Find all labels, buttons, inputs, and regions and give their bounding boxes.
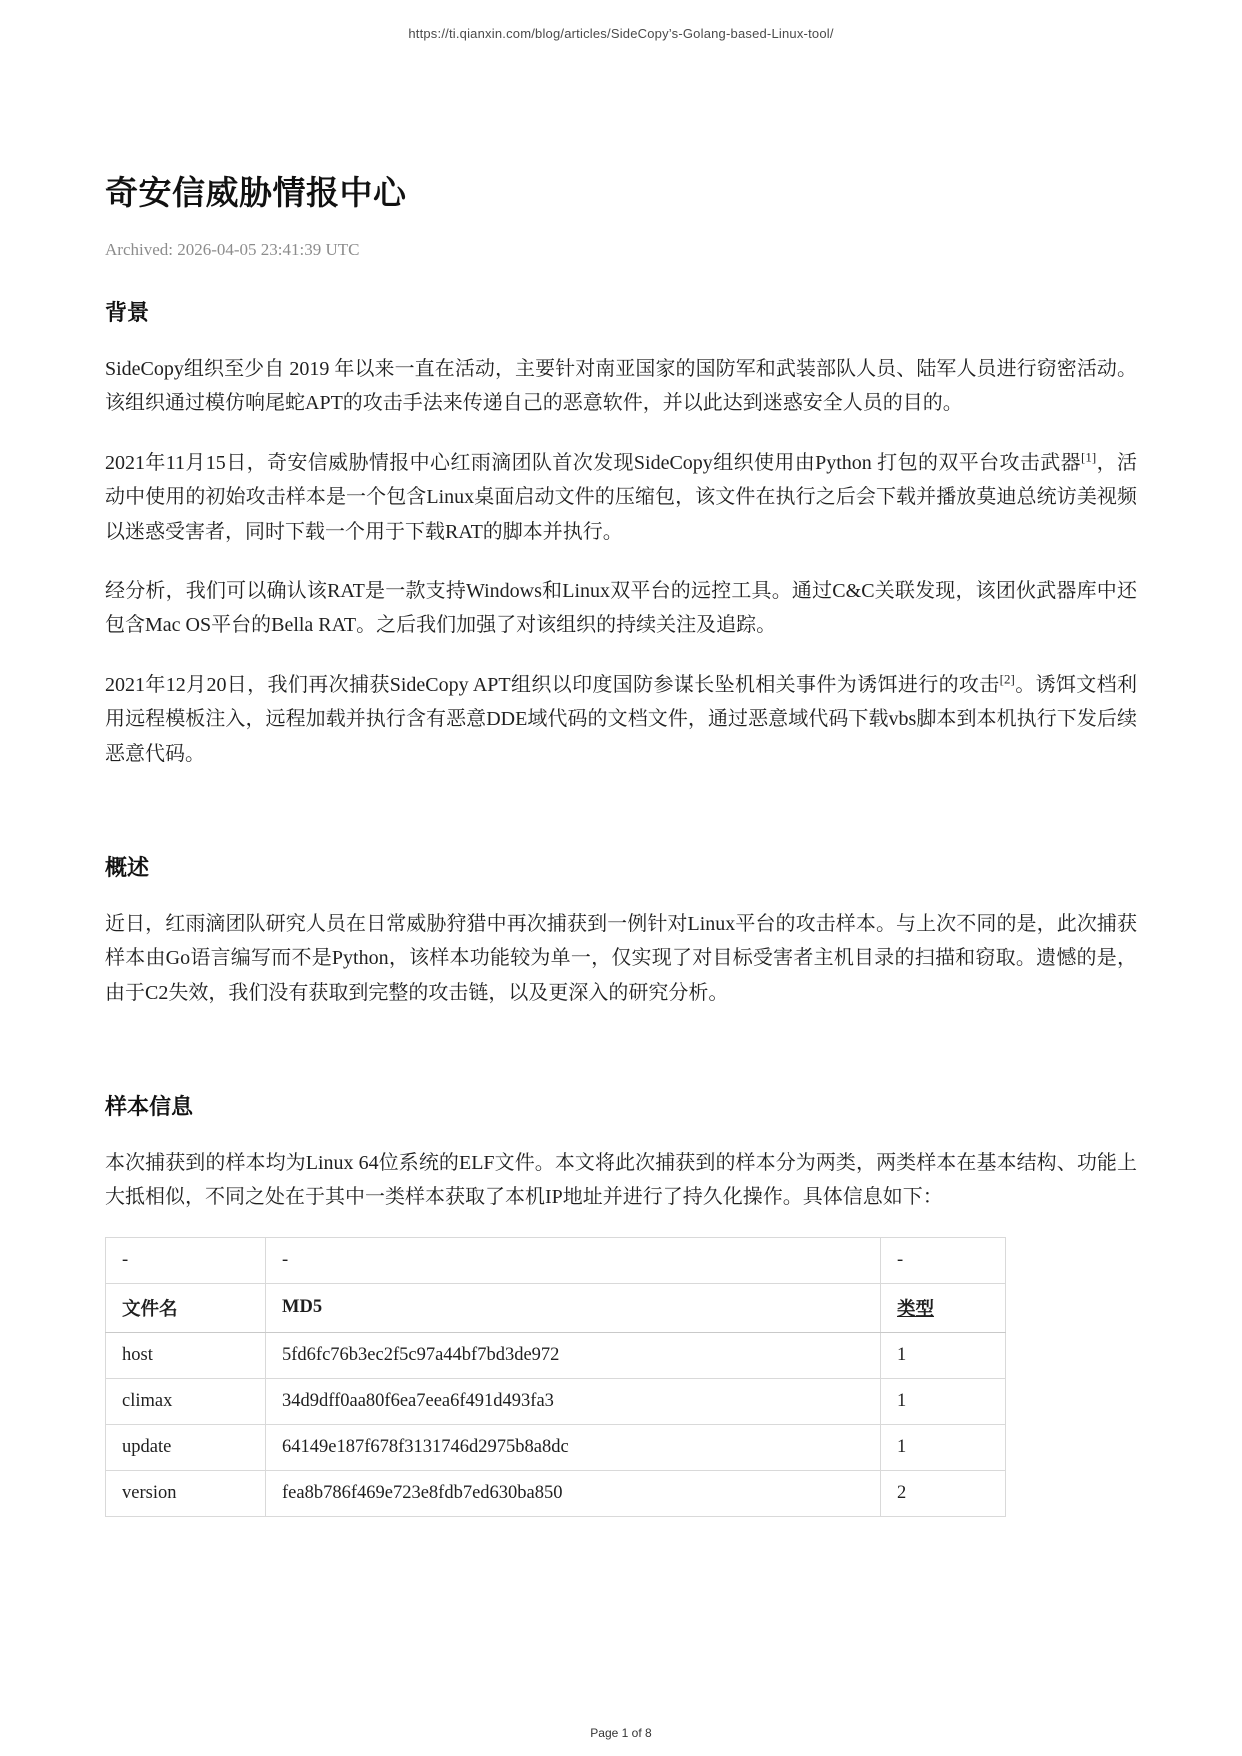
paragraph-background-1: SideCopy组织至少自 2019 年以来一直在活动，主要针对南亚国家的国防军… bbox=[105, 352, 1137, 421]
table-cell: - bbox=[881, 1237, 1006, 1283]
cell-md5: 5fd6fc76b3ec2f5c97a44bf7bd3de972 bbox=[266, 1332, 881, 1378]
paragraph-background-4: 2021年12月20日，我们再次捕获SideCopy APT组织以印度国防参谋长… bbox=[105, 668, 1137, 771]
section-heading-overview: 概述 bbox=[105, 851, 1137, 882]
cell-md5: fea8b786f469e723e8fdb7ed630ba850 bbox=[266, 1470, 881, 1516]
cell-type: 1 bbox=[881, 1424, 1006, 1470]
table-placeholder-row: - - - bbox=[106, 1237, 1006, 1283]
cell-md5: 64149e187f678f3131746d2975b8a8dc bbox=[266, 1424, 881, 1470]
cell-filename: climax bbox=[106, 1378, 266, 1424]
samples-table: - - - 文件名 MD5 类型 host 5fd6fc76b3ec2f5c97… bbox=[105, 1237, 1006, 1517]
cell-type: 1 bbox=[881, 1332, 1006, 1378]
table-header-type: 类型 bbox=[881, 1283, 1006, 1332]
table-row: host 5fd6fc76b3ec2f5c97a44bf7bd3de972 1 bbox=[106, 1332, 1006, 1378]
article-content: 奇安信威胁情报中心 Archived: 2026-04-05 23:41:39 … bbox=[0, 167, 1242, 1517]
page-title: 奇安信威胁情报中心 bbox=[105, 167, 1137, 214]
paragraph-text: 2021年11月15日，奇安信威胁情报中心红雨滴团队首次发现SideCopy组织… bbox=[105, 452, 1081, 474]
paragraph-overview-1: 近日，红雨滴团队研究人员在日常威胁狩猎中再次捕获到一例针对Linux平台的攻击样… bbox=[105, 907, 1137, 1010]
table-row: version fea8b786f469e723e8fdb7ed630ba850… bbox=[106, 1470, 1006, 1516]
table-header-md5: MD5 bbox=[266, 1283, 881, 1332]
table-cell: - bbox=[106, 1237, 266, 1283]
section-heading-background: 背景 bbox=[105, 296, 1137, 327]
cell-filename: host bbox=[106, 1332, 266, 1378]
archived-timestamp: Archived: 2026-04-05 23:41:39 UTC bbox=[105, 240, 1137, 260]
paragraph-text: 2021年12月20日，我们再次捕获SideCopy APT组织以印度国防参谋长… bbox=[105, 674, 1000, 696]
table-header-filename: 文件名 bbox=[106, 1283, 266, 1332]
table-header-row: 文件名 MD5 类型 bbox=[106, 1283, 1006, 1332]
paragraph-background-3: 经分析，我们可以确认该RAT是一款支持Windows和Linux双平台的远控工具… bbox=[105, 574, 1137, 643]
table-cell: - bbox=[266, 1237, 881, 1283]
paragraph-background-2: 2021年11月15日，奇安信威胁情报中心红雨滴团队首次发现SideCopy组织… bbox=[105, 446, 1137, 549]
cell-md5: 34d9dff0aa80f6ea7eea6f491d493fa3 bbox=[266, 1378, 881, 1424]
reference-marker-1: [1] bbox=[1081, 449, 1096, 464]
table-row: climax 34d9dff0aa80f6ea7eea6f491d493fa3 … bbox=[106, 1378, 1006, 1424]
document-page: https://ti.qianxin.com/blog/articles/Sid… bbox=[0, 0, 1242, 1756]
cell-filename: version bbox=[106, 1470, 266, 1516]
reference-marker-2: [2] bbox=[1000, 671, 1015, 686]
page-footer: Page 1 of 8 bbox=[0, 1726, 1242, 1740]
table-row: update 64149e187f678f3131746d2975b8a8dc … bbox=[106, 1424, 1006, 1470]
cell-type: 2 bbox=[881, 1470, 1006, 1516]
cell-filename: update bbox=[106, 1424, 266, 1470]
archive-url: https://ti.qianxin.com/blog/articles/Sid… bbox=[0, 0, 1242, 41]
table-header-type-label: 类型 bbox=[897, 1300, 934, 1320]
paragraph-sample-info-1: 本次捕获到的样本均为Linux 64位系统的ELF文件。本文将此次捕获到的样本分… bbox=[105, 1146, 1137, 1215]
cell-type: 1 bbox=[881, 1378, 1006, 1424]
section-heading-sample-info: 样本信息 bbox=[105, 1090, 1137, 1121]
